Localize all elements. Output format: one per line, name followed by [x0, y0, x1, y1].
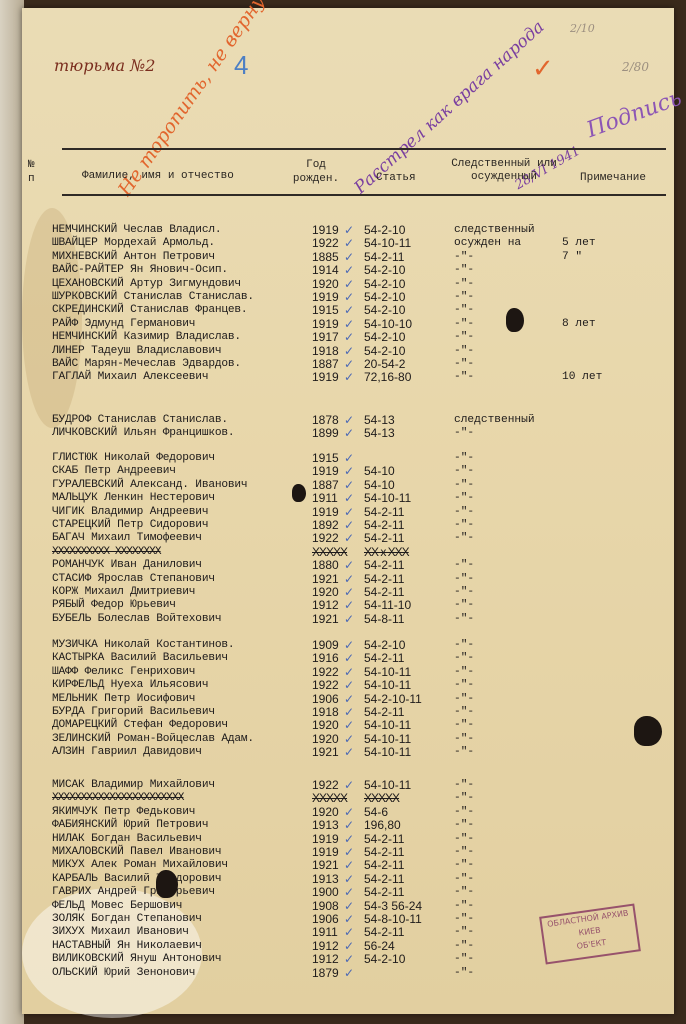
handwritten-prison-label: тюрьма №2	[54, 56, 155, 75]
birth-year: 1892	[312, 519, 339, 532]
prisoner-name: БУБЕЛЬ Болеслав Войтехович	[52, 613, 221, 626]
table-row: КАРБАЛЬ Василий Теодорович191354-2-11-"-…	[22, 873, 674, 886]
birth-year: 1919	[312, 224, 339, 237]
prisoner-name: ЗИХУХ Михаил Иванович	[52, 926, 189, 939]
article: 54-2-10-11	[364, 693, 422, 706]
birth-year: 1912	[312, 940, 339, 953]
table-row: НИЛАК Богдан Васильевич191954-2-11-"-✓	[22, 833, 674, 846]
status: -"-	[454, 679, 474, 692]
table-row: XXXXXXXXXX XXXXXXXXXXXXXXX x XXX	[22, 546, 674, 559]
birth-year: 1911	[312, 492, 338, 505]
status: -"-	[454, 331, 474, 344]
article: 54-2-11	[364, 859, 404, 872]
prisoner-name: ДОМАРЕЦКИЙ Стефан Федорович	[52, 719, 228, 732]
blue-check-icon: ✓	[344, 586, 354, 599]
blue-check-icon: ✓	[344, 833, 354, 846]
status: -"-	[454, 900, 474, 913]
article: 54-13	[364, 414, 395, 427]
note: 5 лет	[562, 237, 596, 250]
blue-check-icon: ✓	[344, 940, 354, 953]
prisoner-name: БАГАЧ Михаил Тимофеевич	[52, 532, 202, 545]
birth-year: 1922	[312, 532, 339, 545]
birth-year: 1922	[312, 666, 339, 679]
prisoner-name: ВАЙС-РАЙТЕР Ян Янович-Осип.	[52, 264, 228, 277]
status: -"-	[454, 264, 474, 277]
prisoner-name: СТАСИФ Ярослав Степанович	[52, 573, 215, 586]
birth-year: 1919	[312, 506, 339, 519]
status: -"-	[454, 953, 474, 966]
table-row: СКАБ Петр Андреевич191954-10-"-✓	[22, 465, 674, 478]
prisoner-name: ЗОЛЯК Богдан Степанович	[52, 913, 202, 926]
prisoner-name: МИХНЕВСКИЙ Антон Петрович	[52, 251, 215, 264]
birth-year: 1920	[312, 806, 339, 819]
table-row: РОМАНЧУК Иван Данилович188054-2-11-"-✓	[22, 559, 674, 572]
status: -"-	[454, 613, 474, 626]
status: -"-	[454, 779, 474, 792]
table-row: РЯБЫЙ Федор Юрьевич191254-11-10-"-✓	[22, 599, 674, 612]
birth-year: 1919	[312, 833, 339, 846]
article: 54-2-11	[364, 926, 404, 939]
prisoner-name: МИКУХ Алек Роман Михайлович	[52, 859, 228, 872]
article: 54-10-11	[364, 779, 411, 792]
prisoner-name: МИХАЛОВСКИЙ Павел Иванович	[52, 846, 221, 859]
status: -"-	[454, 479, 474, 492]
article: 54-2-11	[364, 706, 404, 719]
prisoner-name: НЕМЧИНСКИЙ Казимир Владислав.	[52, 331, 241, 344]
prisoner-name: ЯКИМЧУК Петр Федькович	[52, 806, 195, 819]
table-row: СКРЕДИНСКИЙ Станислав Францев.191554-2-1…	[22, 304, 674, 317]
article: 54-10-11	[364, 679, 411, 692]
article: 56-24	[364, 940, 395, 953]
table-row: ГУРАЛЕВСКИЙ Александ. Иванович188754-10-…	[22, 479, 674, 492]
birth-year: 1919	[312, 371, 339, 384]
birth-year: 1922	[312, 237, 339, 250]
blue-check-icon: ✓	[344, 652, 354, 665]
col-note-header: Примечание	[580, 172, 646, 184]
birth-year: 1906	[312, 913, 339, 926]
blue-check-icon: ✓	[344, 414, 354, 427]
table-row: ШВАЙЦЕР Мордехай Армольд.192254-10-11осу…	[22, 237, 674, 250]
status: -"-	[454, 666, 474, 679]
table-row: МУЗИЧКА Николай Костантинов.190954-2-10-…	[22, 639, 674, 652]
status: -"-	[454, 532, 474, 545]
status: -"-	[454, 452, 474, 465]
status: -"-	[454, 806, 474, 819]
birth-year: 1887	[312, 358, 339, 371]
birth-year: 1918	[312, 345, 339, 358]
status: -"-	[454, 465, 474, 478]
article: 54-10-11	[364, 719, 411, 732]
prisoner-name: НИЛАК Богдан Васильевич	[52, 833, 202, 846]
blue-number: 4	[234, 50, 248, 81]
status: -"-	[454, 506, 474, 519]
blue-check-icon: ✓	[344, 859, 354, 872]
table-row: РАЙФ Эдмунд Германович191954-10-10-"-8 л…	[22, 318, 674, 331]
blue-check-icon: ✓	[344, 278, 354, 291]
prisoner-name: ФАБИЯНСКИЙ Юрий Петрович	[52, 819, 208, 832]
blue-check-icon: ✓	[344, 291, 354, 304]
birth-year: 1878	[312, 414, 339, 427]
status: -"-	[454, 940, 474, 953]
article: 54-10	[364, 465, 395, 478]
prisoner-name: ВИЛИКОВСКИЙ Януш Антонович	[52, 953, 221, 966]
table-row: МЕЛЬНИК Петр Иосифович190654-2-10-11-"-✓	[22, 693, 674, 706]
birth-year: 1919	[312, 846, 339, 859]
birth-year: 1920	[312, 278, 339, 291]
page-number-second: 2/80	[622, 60, 649, 74]
blue-check-icon: ✓	[344, 746, 354, 759]
prisoner-name: КАРБАЛЬ Василий Теодорович	[52, 873, 221, 886]
prisoner-name: КИРФЕЛЬД Нуеха Ильясович	[52, 679, 208, 692]
prisoner-name: XXXXXXXXXXXXXXXXXXXXXXX	[52, 792, 183, 805]
table-row: МИХАЛОВСКИЙ Павел Иванович191954-2-11-"-…	[22, 846, 674, 859]
table-row: СТАСИФ Ярослав Степанович192154-2-11-"-✓	[22, 573, 674, 586]
article: 54-8-10-11	[364, 913, 422, 926]
birth-year: 1909	[312, 639, 339, 652]
table-row: МИКУХ Алек Роман Михайлович192154-2-11-"…	[22, 859, 674, 872]
article: 54-2-10	[364, 953, 405, 966]
signature: Подпись	[583, 86, 685, 143]
article: 54-2-11	[364, 573, 404, 586]
col-article-header: Статья	[376, 172, 416, 184]
article: 54-10-11	[364, 746, 411, 759]
prisoner-name: НЕМЧИНСКИЙ Чеслав Владисл.	[52, 224, 221, 237]
status: -"-	[454, 573, 474, 586]
table-row: ОЛЬСКИЙ Юрий Зенонович1879-"-✓	[22, 967, 674, 980]
col-status-header: Следственный или осужденный	[450, 158, 558, 184]
status: -"-	[454, 886, 474, 899]
birth-year: 1911	[312, 926, 338, 939]
table-row: ШАФФ Феликс Генрихович192254-10-11-"-✓	[22, 666, 674, 679]
birth-year: 1879	[312, 967, 339, 980]
status: осужден на	[454, 237, 521, 250]
table-row: ГАВРИХ Андрей Григорьевич190054-2-11-"-✓	[22, 886, 674, 899]
blue-check-icon: ✓	[344, 358, 354, 371]
birth-year: 1921	[312, 746, 339, 759]
prisoner-name: ШАФФ Феликс Генрихович	[52, 666, 195, 679]
blue-check-icon: ✓	[344, 926, 354, 939]
status: -"-	[454, 967, 474, 980]
article: 20-54-2	[364, 358, 405, 371]
birth-year: 1906	[312, 693, 339, 706]
note: 8 лет	[562, 318, 596, 331]
blue-check-icon: ✓	[344, 693, 354, 706]
table-row: БУРДА Григорий Васильевич191854-2-11-"-✓	[22, 706, 674, 719]
article: XX x XXX	[364, 546, 409, 559]
table-row: ДОМАРЕЦКИЙ Стефан Федорович192054-10-11-…	[22, 719, 674, 732]
blue-check-icon: ✓	[344, 733, 354, 746]
birth-year: 1885	[312, 251, 339, 264]
birth-year: 1916	[312, 652, 339, 665]
prisoner-name: БУДРОФ Станислав Станислав.	[52, 414, 228, 427]
status: следственный	[454, 414, 535, 427]
birth-year: 1899	[312, 427, 339, 440]
blue-check-icon: ✓	[344, 519, 354, 532]
status: -"-	[454, 833, 474, 846]
article: 54-3 56-24	[364, 900, 422, 913]
prisoner-name: ЗЕЛИНСКИЙ Роман-Войцеслав Адам.	[52, 733, 254, 746]
table-row: НЕМЧИНСКИЙ Казимир Владислав.191754-2-10…	[22, 331, 674, 344]
blue-check-icon: ✓	[344, 452, 354, 465]
birth-year: 1922	[312, 679, 339, 692]
birth-year: 1913	[312, 873, 339, 886]
birth-year: 1921	[312, 859, 339, 872]
blue-check-icon: ✓	[344, 371, 354, 384]
document-sheet: тюрьма №2 4 Не торопить, не вернуть до р…	[22, 8, 674, 1014]
prisoner-name: ГАВРИХ Андрей Григорьевич	[52, 886, 215, 899]
prisoner-name: ЛИЧКОВСКИЙ Ильян Францишков.	[52, 427, 234, 440]
status: -"-	[454, 586, 474, 599]
table-row: МИХНЕВСКИЙ Антон Петрович188554-2-11-"-7…	[22, 251, 674, 264]
prisoner-name: ГАГЛАЙ Михаил Алексеевич	[52, 371, 208, 384]
blue-check-icon: ✓	[344, 237, 354, 250]
status: -"-	[454, 251, 474, 264]
birth-year: 1908	[312, 900, 339, 913]
prisoner-name: СКРЕДИНСКИЙ Станислав Францев.	[52, 304, 247, 317]
blue-check-icon: ✓	[344, 806, 354, 819]
status: -"-	[454, 599, 474, 612]
status: -"-	[454, 693, 474, 706]
table-row: ШУРКОВСКИЙ Станислав Станислав.191954-2-…	[22, 291, 674, 304]
birth-year: XXXXX	[312, 546, 347, 559]
blue-check-icon: ✓	[344, 706, 354, 719]
ink-blot	[634, 716, 662, 746]
article: 54-2-10	[364, 264, 405, 277]
blue-check-icon: ✓	[344, 613, 354, 626]
birth-year: 1919	[312, 318, 339, 331]
prisoner-name: АЛЗИН Гавриил Давидович	[52, 746, 202, 759]
blue-check-icon: ✓	[344, 532, 354, 545]
article: 54-11-10	[364, 599, 411, 612]
status: -"-	[454, 559, 474, 572]
table-row: КАСТЫРКА Василий Васильевич191654-2-11-"…	[22, 652, 674, 665]
blue-check-icon: ✓	[344, 900, 354, 913]
birth-year: 1921	[312, 613, 339, 626]
status: -"-	[454, 719, 474, 732]
article: 54-2-11	[364, 506, 404, 519]
article: 54-2-11	[364, 846, 404, 859]
article: 54-2-11	[364, 559, 404, 572]
prisoner-name: XXXXXXXXXX XXXXXXXX	[52, 546, 161, 559]
table-row: КОРЖ Михаил Дмитриевич192054-2-11-"-✓	[22, 586, 674, 599]
article: 72,16-80	[364, 371, 411, 384]
article: 54-2-11	[364, 652, 404, 665]
birth-year: 1919	[312, 465, 339, 478]
facing-page-edge	[0, 0, 24, 1024]
birth-year: 1917	[312, 331, 339, 344]
article: 54-13	[364, 427, 395, 440]
table-row: ВАЙС Марян-Мечеслав Эдвардов.188720-54-2…	[22, 358, 674, 371]
prisoner-name: ВАЙС Марян-Мечеслав Эдвардов.	[52, 358, 241, 371]
article: 54-2-11	[364, 519, 404, 532]
status: -"-	[454, 913, 474, 926]
table-row: БАГАЧ Михаил Тимофеевич192254-2-11-"-✓	[22, 532, 674, 545]
prisoner-name: КАСТЫРКА Василий Васильевич	[52, 652, 228, 665]
article: 54-2-10	[364, 224, 405, 237]
status: -"-	[454, 278, 474, 291]
prisoner-name: БУРДА Григорий Васильевич	[52, 706, 215, 719]
table-row: ГЛИСТЮК Николай Федорович1915-"-✓	[22, 452, 674, 465]
blue-check-icon: ✓	[344, 251, 354, 264]
blue-check-icon: ✓	[344, 913, 354, 926]
status: -"-	[454, 733, 474, 746]
birth-year: 1920	[312, 733, 339, 746]
table-row: КИРФЕЛЬД Нуеха Ильясович192254-10-11-"-✓	[22, 679, 674, 692]
article: 54-10-11	[364, 666, 411, 679]
status: -"-	[454, 492, 474, 505]
blue-check-icon: ✓	[344, 819, 354, 832]
header-top-rule	[62, 148, 666, 150]
article: 54-2-11	[364, 586, 404, 599]
blue-check-icon: ✓	[344, 345, 354, 358]
orange-check-icon: ✓	[532, 54, 554, 84]
birth-year: 1920	[312, 586, 339, 599]
article: 54-2-10	[364, 278, 405, 291]
table-row: ЯКИМЧУК Петр Федькович192054-6-"-✓	[22, 806, 674, 819]
col-number-header: № п	[28, 158, 42, 186]
prisoner-name: ШВАЙЦЕР Мордехай Армольд.	[52, 237, 215, 250]
prisoner-name: ЧИГИК Владимир Андреевич	[52, 506, 208, 519]
prisoner-name: СТАРЕЦКИЙ Петр Сидорович	[52, 519, 208, 532]
table-row: НЕМЧИНСКИЙ Чеслав Владисл.191954-2-10сле…	[22, 224, 674, 237]
article: 54-10	[364, 479, 395, 492]
birth-year: 1914	[312, 264, 339, 277]
birth-year: 1919	[312, 291, 339, 304]
status: -"-	[454, 358, 474, 371]
blue-check-icon: ✓	[344, 666, 354, 679]
status: -"-	[454, 873, 474, 886]
article: 54-2-11	[364, 833, 404, 846]
blue-check-icon: ✓	[344, 967, 354, 980]
status: -"-	[454, 652, 474, 665]
blue-check-icon: ✓	[344, 886, 354, 899]
article: 54-2-11	[364, 886, 404, 899]
prisoner-name: МИСАК Владимир Михайлович	[52, 779, 215, 792]
birth-year: 1887	[312, 479, 339, 492]
prisoner-name: МУЗИЧКА Николай Костантинов.	[52, 639, 234, 652]
prisoner-name: ШУРКОВСКИЙ Станислав Станислав.	[52, 291, 254, 304]
article: 54-2-11	[364, 532, 404, 545]
table-row: ФАБИЯНСКИЙ Юрий Петрович1913196,80-"-✓	[22, 819, 674, 832]
table-row: ГАГЛАЙ Михаил Алексеевич191972,16-80-"-1…	[22, 371, 674, 384]
prisoner-name: МАЛЬЦУК Ленкин Нестерович	[52, 492, 215, 505]
note: 10 лет	[562, 371, 602, 384]
prisoner-name: ГУРАЛЕВСКИЙ Александ. Иванович	[52, 479, 247, 492]
prisoner-name: НАСТАВНЫЙ Ян Николаевич	[52, 940, 202, 953]
blue-check-icon: ✓	[344, 479, 354, 492]
status: -"-	[454, 792, 474, 805]
article: 196,80	[364, 819, 401, 832]
status: -"-	[454, 846, 474, 859]
table-row: ЦЕХАНОВСКИЙ Артур Зигмундович192054-2-10…	[22, 278, 674, 291]
birth-year: XXXXX	[312, 792, 347, 805]
note: 7 "	[562, 251, 582, 264]
blue-check-icon: ✓	[344, 224, 354, 237]
status: следственный	[454, 224, 535, 237]
prisoner-name: МЕЛЬНИК Петр Иосифович	[52, 693, 195, 706]
article: 54-2-11	[364, 251, 404, 264]
blue-check-icon: ✓	[344, 679, 354, 692]
blue-check-icon: ✓	[344, 264, 354, 277]
article: 54-8-11	[364, 613, 404, 626]
blue-check-icon: ✓	[344, 779, 354, 792]
birth-year: 1915	[312, 452, 339, 465]
table-row: ВАЙС-РАЙТЕР Ян Янович-Осип.191454-2-10-"…	[22, 264, 674, 277]
birth-year: 1913	[312, 819, 339, 832]
blue-check-icon: ✓	[344, 599, 354, 612]
header-bottom-rule	[62, 194, 666, 196]
blue-check-icon: ✓	[344, 331, 354, 344]
ink-blot	[506, 308, 524, 332]
article: 54-2-11	[364, 873, 404, 886]
table-row: ЛИЧКОВСКИЙ Ильян Францишков.189954-13-"-…	[22, 427, 674, 440]
prisoner-name: ФЕЛЬД Мовес Бершович	[52, 900, 182, 913]
status: -"-	[454, 746, 474, 759]
status: -"-	[454, 427, 474, 440]
blue-check-icon: ✓	[344, 318, 354, 331]
status: -"-	[454, 859, 474, 872]
prisoner-name: ЦЕХАНОВСКИЙ Артур Зигмундович	[52, 278, 241, 291]
prisoner-name: РАЙФ Эдмунд Германович	[52, 318, 195, 331]
table-row: БУДРОФ Станислав Станислав.187854-13след…	[22, 414, 674, 427]
ink-blot	[292, 484, 306, 502]
status: -"-	[454, 926, 474, 939]
blue-check-icon: ✓	[344, 573, 354, 586]
birth-year: 1912	[312, 953, 339, 966]
birth-year: 1900	[312, 886, 339, 899]
status: -"-	[454, 519, 474, 532]
article: 54-2-10	[364, 291, 405, 304]
blue-check-icon: ✓	[344, 304, 354, 317]
table-row: ЛИНЕР Тадеуш Владиславович191854-2-10-"-…	[22, 345, 674, 358]
blue-check-icon: ✓	[344, 465, 354, 478]
blue-check-icon: ✓	[344, 559, 354, 572]
birth-year: 1920	[312, 719, 339, 732]
table-row: МАЛЬЦУК Ленкин Нестерович191154-10-11-"-…	[22, 492, 674, 505]
status: -"-	[454, 291, 474, 304]
article: 54-2-10	[364, 331, 405, 344]
prisoner-name: РЯБЫЙ Федор Юрьевич	[52, 599, 176, 612]
blue-check-icon: ✓	[344, 639, 354, 652]
article: XXXXX	[364, 792, 399, 805]
article: 54-10-10	[364, 318, 412, 331]
article: 54-6	[364, 806, 388, 819]
prisoner-name: ЛИНЕР Тадеуш Владиславович	[52, 345, 221, 358]
prisoner-name: ГЛИСТЮК Николай Федорович	[52, 452, 215, 465]
article: 54-10-11	[364, 492, 411, 505]
blue-check-icon: ✓	[344, 427, 354, 440]
birth-year: 1921	[312, 573, 339, 586]
article: 54-10-11	[364, 237, 411, 250]
table-row: СТАРЕЦКИЙ Петр Сидорович189254-2-11-"-✓	[22, 519, 674, 532]
blue-check-icon: ✓	[344, 492, 354, 505]
table-row: ЗЕЛИНСКИЙ Роман-Войцеслав Адам.192054-10…	[22, 733, 674, 746]
status: -"-	[454, 318, 474, 331]
table-row: XXXXXXXXXXXXXXXXXXXXXXXXXXXXXXXXX-"-	[22, 792, 674, 805]
blue-check-icon: ✓	[344, 846, 354, 859]
birth-year: 1922	[312, 779, 339, 792]
page-number-top: 2/10	[570, 22, 595, 35]
table-row: ЧИГИК Владимир Андреевич191954-2-11-"-✓	[22, 506, 674, 519]
status: -"-	[454, 706, 474, 719]
col-year-header: Год рожден.	[286, 158, 346, 186]
prisoner-name: ОЛЬСКИЙ Юрий Зенонович	[52, 967, 195, 980]
status: -"-	[454, 304, 474, 317]
status: -"-	[454, 345, 474, 358]
birth-year: 1880	[312, 559, 339, 572]
article: 54-10-11	[364, 733, 411, 746]
prisoner-name: КОРЖ Михаил Дмитриевич	[52, 586, 195, 599]
